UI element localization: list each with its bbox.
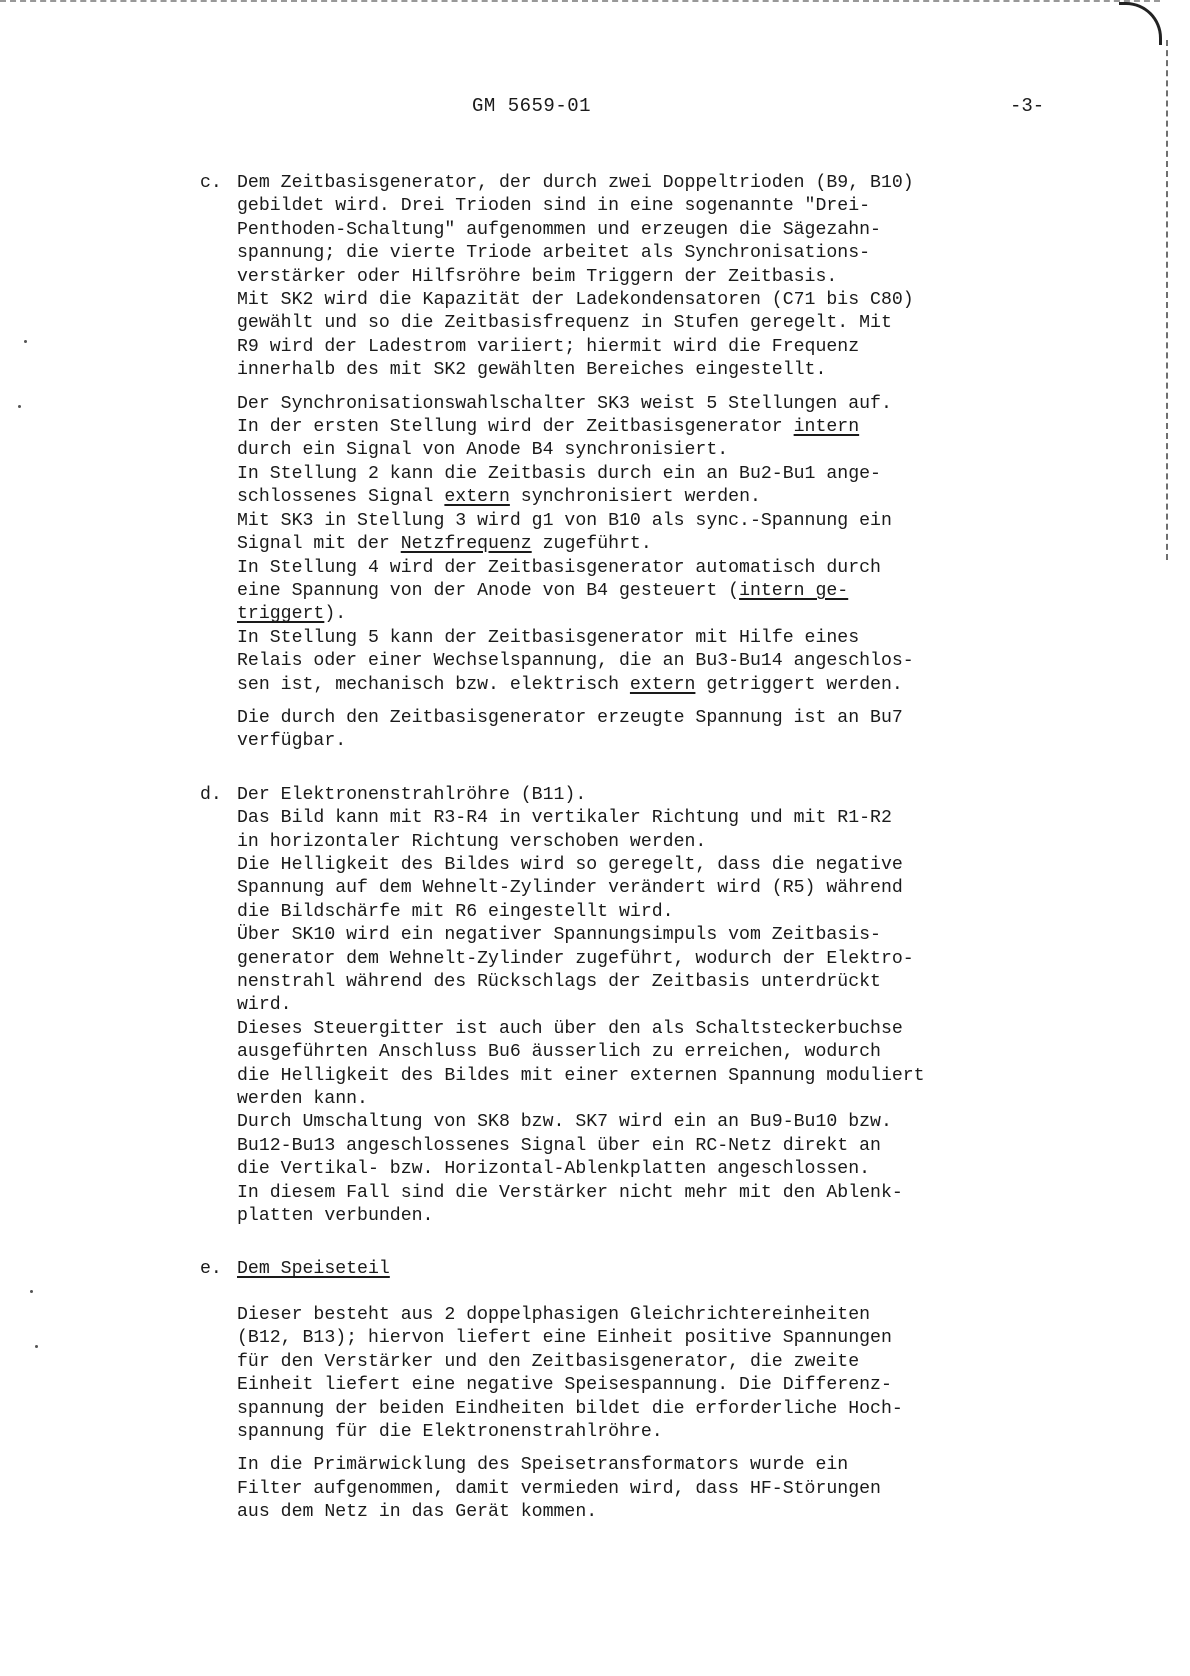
underlined-term: triggert [237, 604, 324, 624]
text-line: (B12, B13); hiervon liefert eine Einheit… [237, 1327, 1060, 1350]
scan-speck [35, 1345, 38, 1348]
text-line: die Bildschärfe mit R6 eingestellt wird. [237, 901, 1060, 924]
document-id: GM 5659-01 [472, 95, 591, 117]
text-line: In Stellung 2 kann die Zeitbasis durch e… [237, 463, 1060, 486]
underlined-term: intern ge- [739, 581, 848, 601]
scan-speck [18, 405, 21, 408]
document-body: c. Dem Zeitbasisgenerator, der durch zwe… [200, 172, 1060, 1525]
section-marker: e. [200, 1258, 222, 1281]
underlined-term: extern [630, 675, 696, 695]
text-line: Der Elektronenstrahlröhre (B11). [237, 784, 1060, 807]
text-line: eine Spannung von der Anode von B4 geste… [237, 580, 1060, 603]
page-header: GM 5659-01 -3- [0, 95, 1190, 119]
scan-speck [24, 340, 27, 343]
text-line: spannung; die vierte Triode arbeitet als… [237, 242, 1060, 265]
text-line: aus dem Netz in das Gerät kommen. [237, 1501, 1060, 1524]
section-e: e. Dem Speiseteil Dieser besteht aus 2 d… [237, 1258, 1060, 1524]
text-line: platten verbunden. [237, 1205, 1060, 1228]
text-line: verstärker oder Hilfsröhre beim Triggern… [237, 266, 1060, 289]
text-line: In Stellung 5 kann der Zeitbasisgenerato… [237, 627, 1060, 650]
text-line: Über SK10 wird ein negativer Spannungsim… [237, 924, 1060, 947]
paragraph-filter: In die Primärwicklung des Speisetransfor… [237, 1454, 1060, 1524]
text-line: In Stellung 4 wird der Zeitbasisgenerato… [237, 557, 1060, 580]
text-line: die Helligkeit des Bildes mit einer exte… [237, 1065, 1060, 1088]
paragraph-output: Die durch den Zeitbasisgenerator erzeugt… [237, 707, 1060, 754]
text-line: innerhalb des mit SK2 gewählten Bereiche… [237, 359, 1060, 382]
text-line: Dem Zeitbasisgenerator, der durch zwei D… [237, 172, 1060, 195]
page-number: -3- [1010, 95, 1044, 117]
text-line: Signal mit der Netzfrequenz zugeführt. [237, 533, 1060, 556]
text-line: verfügbar. [237, 730, 1060, 753]
text-line: wird. [237, 994, 1060, 1017]
text-line: Mit SK2 wird die Kapazität der Ladekonde… [237, 289, 1060, 312]
text-line: Das Bild kann mit R3-R4 in vertikaler Ri… [237, 807, 1060, 830]
paragraph-power-supply: Dieser besteht aus 2 doppelphasigen Glei… [237, 1304, 1060, 1444]
text-line: Spannung auf dem Wehnelt-Zylinder veränd… [237, 877, 1060, 900]
text-line: Penthoden-Schaltung" aufgenommen und erz… [237, 219, 1060, 242]
scan-edge-corner [1119, 2, 1162, 45]
text-line: Relais oder einer Wechselspannung, die a… [237, 650, 1060, 673]
text-line: Die Helligkeit des Bildes wird so gerege… [237, 854, 1060, 877]
text-line: die Vertikal- bzw. Horizontal-Ablenkplat… [237, 1158, 1060, 1181]
text-line: für den Verstärker und den Zeitbasisgene… [237, 1351, 1060, 1374]
text-line: Einheit liefert eine negative Speisespan… [237, 1374, 1060, 1397]
text-line: durch ein Signal von Anode B4 synchronis… [237, 439, 1060, 462]
scan-speck [30, 1290, 33, 1293]
section-heading: Dem Speiseteil [237, 1258, 1060, 1281]
text-line: R9 wird der Ladestrom variiert; hiermit … [237, 336, 1060, 359]
underlined-term: intern [794, 417, 860, 437]
section-c: c. Dem Zeitbasisgenerator, der durch zwe… [237, 172, 1060, 754]
text-line: sen ist, mechanisch bzw. elektrisch exte… [237, 674, 1060, 697]
underlined-term: Netzfrequenz [401, 534, 532, 554]
text-line: Dieses Steuergitter ist auch über den al… [237, 1018, 1060, 1041]
text-line: ausgeführten Anschluss Bu6 äusserlich zu… [237, 1041, 1060, 1064]
paragraph-crt: Der Elektronenstrahlröhre (B11). Das Bil… [237, 784, 1060, 1229]
text-line: Durch Umschaltung von SK8 bzw. SK7 wird … [237, 1111, 1060, 1134]
text-line: In der ersten Stellung wird der Zeitbasi… [237, 416, 1060, 439]
text-line: Dieser besteht aus 2 doppelphasigen Glei… [237, 1304, 1060, 1327]
text-line: triggert). [237, 603, 1060, 626]
section-d: d. Der Elektronenstrahlröhre (B11). Das … [237, 784, 1060, 1229]
underlined-term: extern [444, 487, 510, 507]
text-line: Die durch den Zeitbasisgenerator erzeugt… [237, 707, 1060, 730]
text-line: gewählt und so die Zeitbasisfrequenz in … [237, 312, 1060, 335]
paragraph-sync-switch: Der Synchronisationswahlschalter SK3 wei… [237, 393, 1060, 697]
text-line: schlossenes Signal extern synchronisiert… [237, 486, 1060, 509]
text-line: Mit SK3 in Stellung 3 wird g1 von B10 al… [237, 510, 1060, 533]
text-line: gebildet wird. Drei Trioden sind in eine… [237, 195, 1060, 218]
text-line: In die Primärwicklung des Speisetransfor… [237, 1454, 1060, 1477]
text-line: Bu12-Bu13 angeschlossenes Signal über ei… [237, 1135, 1060, 1158]
paragraph-timebase: Dem Zeitbasisgenerator, der durch zwei D… [237, 172, 1060, 383]
scan-edge-top [0, 0, 1160, 8]
text-line: In diesem Fall sind die Verstärker nicht… [237, 1182, 1060, 1205]
text-line: Der Synchronisationswahlschalter SK3 wei… [237, 393, 1060, 416]
text-line: werden kann. [237, 1088, 1060, 1111]
text-line: Filter aufgenommen, damit vermieden wird… [237, 1478, 1060, 1501]
text-line: spannung der beiden Eindheiten bildet di… [237, 1398, 1060, 1421]
section-marker: d. [200, 784, 222, 807]
section-marker: c. [200, 172, 222, 195]
text-line: generator dem Wehnelt-Zylinder zugeführt… [237, 948, 1060, 971]
text-line: in horizontaler Richtung verschoben werd… [237, 831, 1060, 854]
text-line: nenstrahl während des Rückschlags der Ze… [237, 971, 1060, 994]
text-line: spannung für die Elektronenstrahlröhre. [237, 1421, 1060, 1444]
